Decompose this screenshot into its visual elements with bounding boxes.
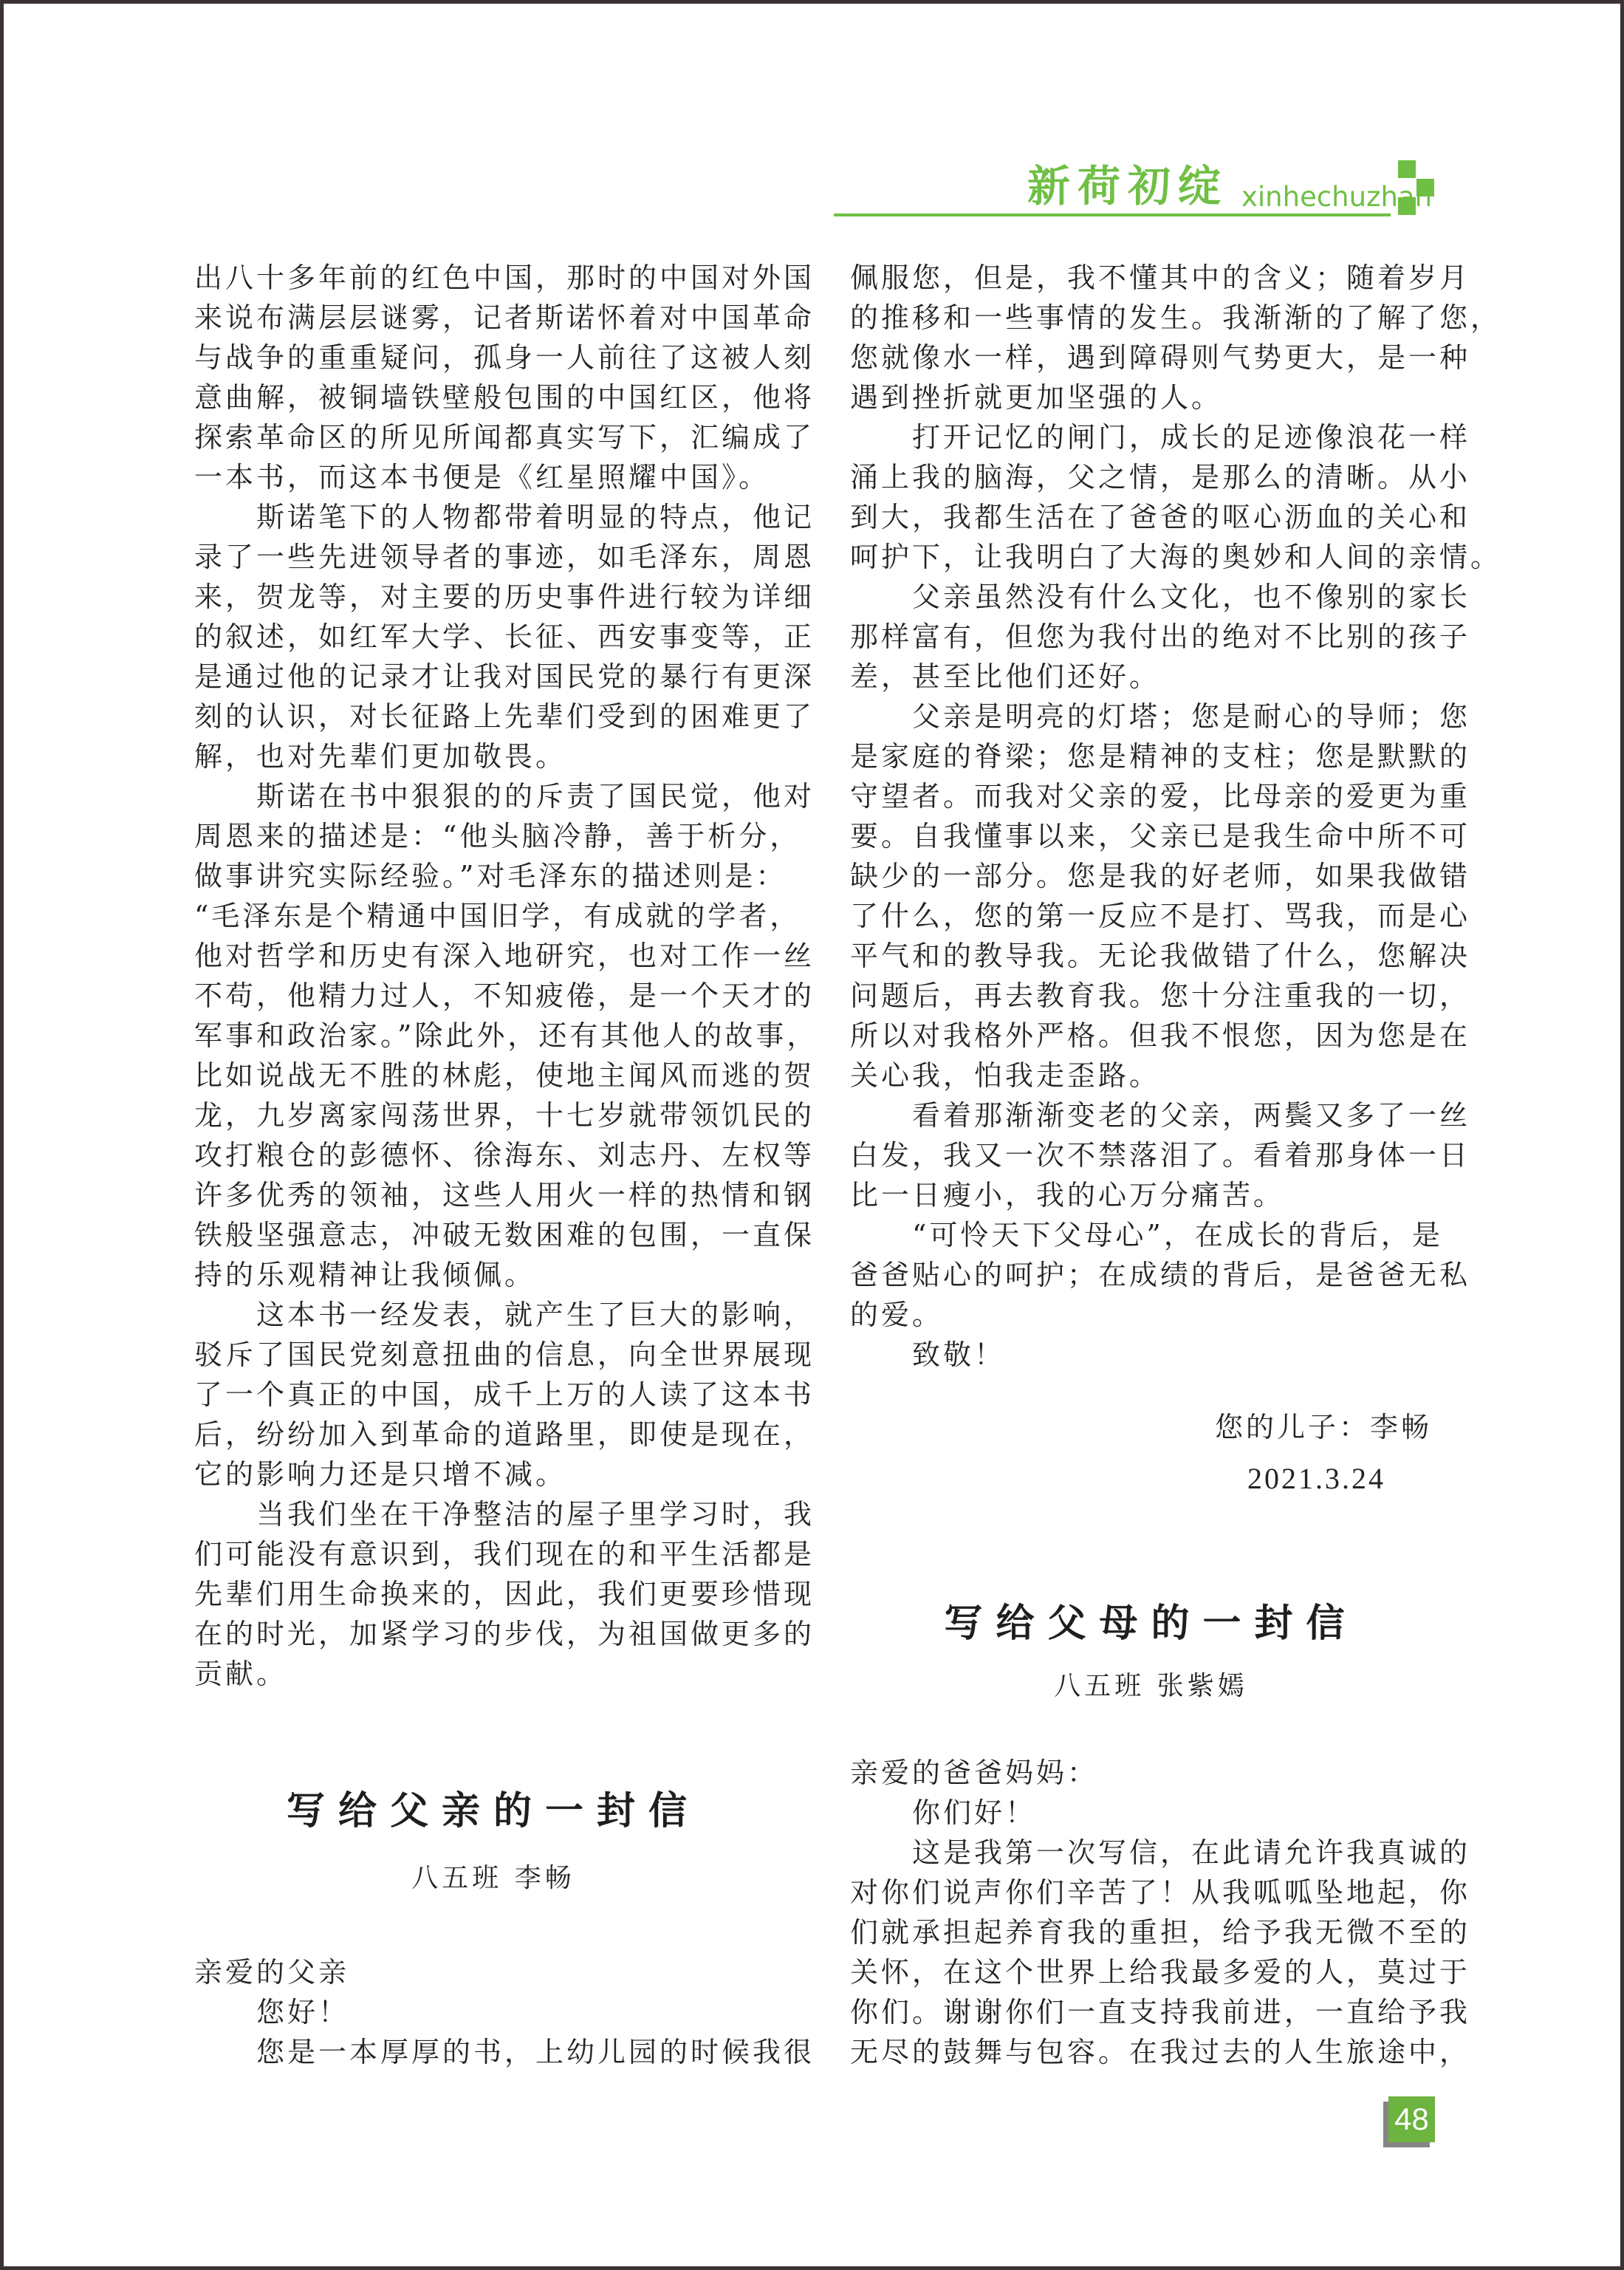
text-line: 出八十多年前的红色中国，那时的中国对外国 <box>194 258 792 298</box>
text-line: 与战争的重重疑问，孤身一人前往了这被人刻 <box>194 338 792 377</box>
text-line: 看着那渐渐变老的父亲，两鬓又多了一丝 <box>850 1095 1452 1135</box>
essay-column-left: 出八十多年前的红色中国，那时的中国对外国来说布满层层谜雾，记者斯诺怀着对中国革命… <box>194 258 792 1694</box>
text-line: 到大，我都生活在了爸爸的呕心沥血的关心和 <box>850 497 1452 537</box>
text-line: 您就像水一样，遇到障碍则气势更大，是一种 <box>850 338 1452 377</box>
text-line: 来，贺龙等，对主要的历史事件进行较为详细 <box>194 577 792 617</box>
text-line: 遇到挫折就更加坚强的人。 <box>850 377 1452 417</box>
text-line: 您好！ <box>194 1992 792 2032</box>
text-line: 致敬！ <box>850 1335 1452 1375</box>
text-line: 斯诺笔下的人物都带着明显的特点，他记 <box>194 497 792 537</box>
text-line: 龙，九岁离家闯荡世界，十七岁就带领饥民的 <box>194 1095 792 1135</box>
text-line: 们就承担起养育我的重担，给予我无微不至的 <box>850 1912 1452 1952</box>
text-line: 守望者。而我对父亲的爱，比母亲的爱更为重 <box>850 776 1452 816</box>
text-line: 做事讲究实际经验。”对毛泽东的描述则是： <box>194 856 792 896</box>
text-line: “毛泽东是个精通中国旧学，有成就的学者， <box>194 896 792 936</box>
text-line: 那样富有，但您为我付出的绝对不比别的孩子 <box>850 617 1452 657</box>
text-line: 打开记忆的闸门，成长的足迹像浪花一样 <box>850 417 1452 457</box>
text-line: 比如说战无不胜的林彪，使地主闻风而逃的贺 <box>194 1056 792 1095</box>
text-line: 贡献。 <box>194 1654 792 1694</box>
text-line: 这是我第一次写信，在此请允许我真诚的 <box>850 1833 1452 1873</box>
text-line: 呵护下，让我明白了大海的奥妙和人间的亲情。 <box>850 537 1452 577</box>
text-line: 攻打粮仓的彭德怀、徐海东、刘志丹、左权等 <box>194 1135 792 1175</box>
text-line: 所以对我格外严格。但我不恨您，因为您是在 <box>850 1016 1452 1056</box>
header-underline <box>834 213 1391 216</box>
text-line: 你们好！ <box>850 1793 1452 1833</box>
text-line: 涌上我的脑海，父之情，是那么的清晰。从小 <box>850 457 1452 497</box>
text-line: 佩服您，但是，我不懂其中的含义；随着岁月 <box>850 258 1452 298</box>
text-line: 军事和政治家。”除此外，还有其他人的故事， <box>194 1016 792 1056</box>
text-line: 他对哲学和历史有深入地研究，也对工作一丝 <box>194 936 792 976</box>
text-line: 铁般坚强意志，冲破无数困难的包围，一直保 <box>194 1215 792 1255</box>
text-line: 是通过他的记录才让我对国民党的暴行有更深 <box>194 657 792 697</box>
text-line: 缺少的一部分。您是我的好老师，如果我做错 <box>850 856 1452 896</box>
magazine-page: 新荷初绽 xinhechuzhan 出八十多年前的红色中国，那时的中国对外国来说… <box>0 0 1624 2270</box>
text-line: 这本书一经发表，就产生了巨大的影响， <box>194 1295 792 1335</box>
letter1-byline: 八五班 李畅 <box>194 1862 792 1895</box>
brand-squares-icon <box>1398 160 1416 178</box>
text-line: 探索革命区的所见所闻都真实写下，汇编成了 <box>194 417 792 457</box>
text-line: 当我们坐在干净整洁的屋子里学习时，我 <box>194 1494 792 1534</box>
text-line: 关怀，在这个世界上给我最多爱的人，莫过于 <box>850 1952 1452 1992</box>
brand-squares-icon <box>1416 179 1434 196</box>
letter-column-right: 佩服您，但是，我不懂其中的含义；随着岁月的推移和一些事情的发生。我渐渐的了解了您… <box>850 258 1452 1375</box>
text-line: 白发，我又一次不禁落泪了。看着那身体一日 <box>850 1135 1452 1175</box>
text-line: 它的影响力还是只增不减。 <box>194 1454 792 1494</box>
text-line: 的推移和一些事情的发生。我渐渐的了解了您， <box>850 298 1452 338</box>
text-line: 亲爱的父亲 <box>194 1952 792 1992</box>
text-line: 在的时光，加紧学习的步伐，为祖国做更多的 <box>194 1614 792 1654</box>
text-line: 不苟，他精力过人，不知疲倦，是一个天才的 <box>194 976 792 1016</box>
text-line: 平气和的教导我。无论我做错了什么，您解决 <box>850 936 1452 976</box>
text-line: 意曲解，被铜墙铁壁般包围的中国红区，他将 <box>194 377 792 417</box>
text-line: “可怜天下父母心”，在成长的背后，是 <box>850 1215 1452 1255</box>
text-line: 你们。谢谢你们一直支持我前进，一直给予我 <box>850 1992 1452 2032</box>
text-line: 关心我，怕我走歪路。 <box>850 1056 1452 1095</box>
text-line: 一本书，而这本书便是《红星照耀中国》。 <box>194 457 792 497</box>
text-line: 对你们说声你们辛苦了！从我呱呱坠地起，你 <box>850 1873 1452 1912</box>
text-line: 差，甚至比他们还好。 <box>850 657 1452 697</box>
text-line: 问题后，再去教育我。您十分注重我的一切， <box>850 976 1452 1016</box>
letter1-signature: 您的儿子：李畅 <box>1215 1409 1432 1446</box>
text-line: 驳斥了国民党刻意扭曲的信息，向全世界展现 <box>194 1335 792 1375</box>
text-line: 父亲是明亮的灯塔；您是耐心的导师；您 <box>850 697 1452 736</box>
text-line: 父亲虽然没有什么文化，也不像别的家长 <box>850 577 1452 617</box>
text-line: 解，也对先辈们更加敬畏。 <box>194 736 792 776</box>
text-line: 来说布满层层谜雾，记者斯诺怀着对中国革命 <box>194 298 792 338</box>
text-line: 的爱。 <box>850 1295 1452 1335</box>
text-line: 的叙述，如红军大学、长征、西安事变等，正 <box>194 617 792 657</box>
text-line: 爸爸贴心的呵护；在成绩的背后，是爸爸无私 <box>850 1255 1452 1295</box>
letter2-byline: 八五班 张紫嫣 <box>850 1670 1452 1703</box>
brand-squares-icon <box>1398 197 1416 215</box>
text-line: 亲爱的爸爸妈妈： <box>850 1753 1452 1793</box>
text-line: 们可能没有意识到，我们现在的和平生活都是 <box>194 1534 792 1574</box>
page-number-badge: 48 <box>1388 2096 1435 2142</box>
text-line: 了什么，您的第一反应不是打、骂我，而是心 <box>850 896 1452 936</box>
text-line: 许多优秀的领袖，这些人用火一样的热情和钢 <box>194 1175 792 1215</box>
letter1-title: 写给父亲的一封信 <box>194 1788 792 1834</box>
text-line: 比一日瘦小，我的心万分痛苦。 <box>850 1175 1452 1215</box>
text-line: 是家庭的脊梁；您是精神的支柱；您是默默的 <box>850 736 1452 776</box>
text-line: 您是一本厚厚的书，上幼儿园的时候我很 <box>194 2032 792 2072</box>
text-line: 录了一些先进领导者的事迹，如毛泽东，周恩 <box>194 537 792 577</box>
magazine-brand-chinese: 新荷初绽 <box>1027 162 1228 211</box>
letter2-title: 写给父母的一封信 <box>850 1601 1452 1647</box>
letter1-body: 亲爱的父亲 您好！ 您是一本厚厚的书，上幼儿园的时候我很 <box>194 1952 792 2072</box>
text-line: 了一个真正的中国，成千上万的人读了这本书 <box>194 1375 792 1415</box>
text-line: 周恩来的描述是：“他头脑冷静，善于析分， <box>194 816 792 856</box>
letter2-body: 亲爱的爸爸妈妈： 你们好！ 这是我第一次写信，在此请允许我真诚的对你们说声你们辛… <box>850 1753 1452 2072</box>
text-line: 后，纷纷加入到革命的道路里，即使是现在， <box>194 1415 792 1454</box>
text-line: 要。自我懂事以来，父亲已是我生命中所不可 <box>850 816 1452 856</box>
text-line: 刻的认识，对长征路上先辈们受到的困难更了 <box>194 697 792 736</box>
text-line: 无尽的鼓舞与包容。在我过去的人生旅途中， <box>850 2032 1452 2072</box>
text-line: 先辈们用生命换来的，因此，我们更要珍惜现 <box>194 1574 792 1614</box>
text-line: 持的乐观精神让我倾佩。 <box>194 1255 792 1295</box>
text-line: 斯诺在书中狠狠的的斥责了国民觉，他对 <box>194 776 792 816</box>
letter1-date: 2021.3.24 <box>1247 1460 1385 1497</box>
